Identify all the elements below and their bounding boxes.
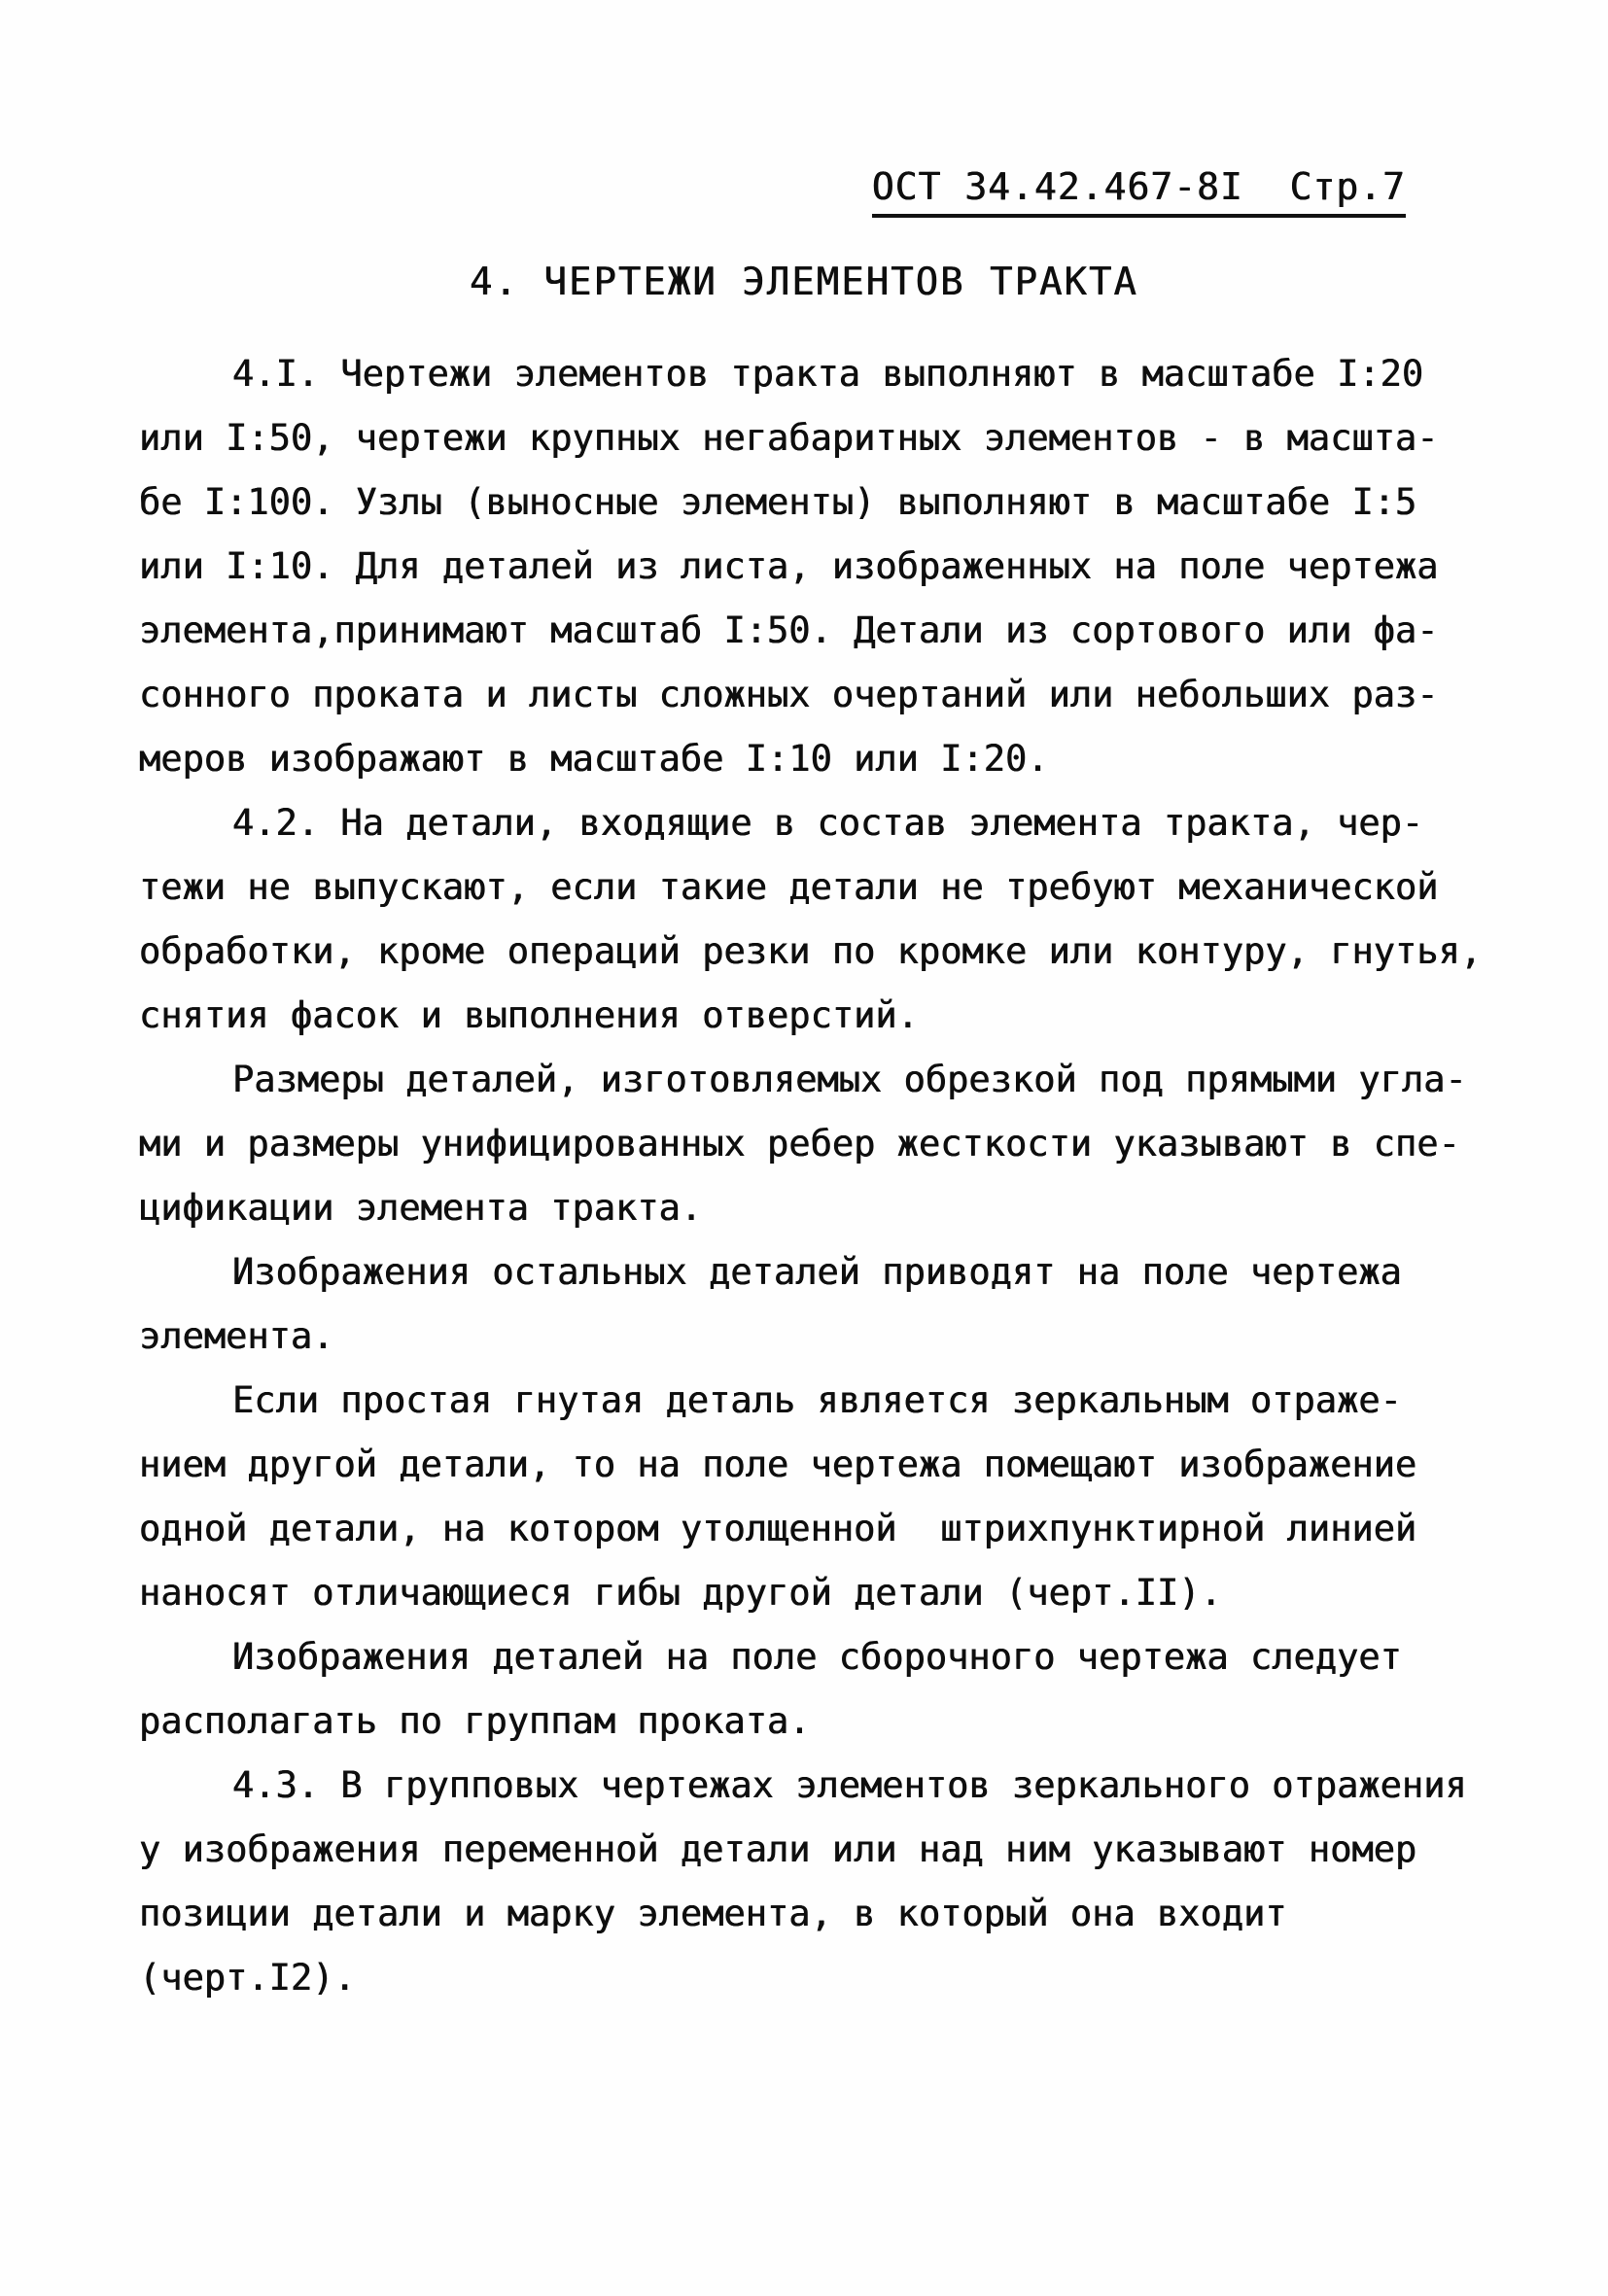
text-line: или I:10. Для деталей из листа, изображе… <box>139 535 1476 599</box>
text-line: 4.2. На детали, входящие в состав элемен… <box>139 791 1476 855</box>
text-line: элемента. <box>139 1305 1476 1369</box>
text-line: одной детали, на котором утолщенной штри… <box>139 1497 1476 1561</box>
text-line: 4.3. В групповых чертежах элементов зерк… <box>139 1754 1476 1818</box>
text-line: обработки, кроме операций резки по кромк… <box>139 920 1476 984</box>
text-line: цификации элемента тракта. <box>139 1176 1476 1240</box>
text-line: наносят отличающиеся гибы другой детали … <box>139 1561 1476 1625</box>
text-line: элемента,принимают масштаб I:50. Детали … <box>139 599 1476 663</box>
section-title: 4. ЧЕРТЕЖИ ЭЛЕМЕНТОВ ТРАКТА <box>0 261 1608 304</box>
document-number-and-page: ОСТ 34.42.467-8I Стр.7 <box>872 163 1406 218</box>
text-line: Если простая гнутая деталь является зерк… <box>139 1369 1476 1433</box>
text-line: бе I:100. Узлы (выносные элементы) выпол… <box>139 470 1476 535</box>
text-line: ми и размеры унифицированных ребер жестк… <box>139 1112 1476 1176</box>
text-line: Размеры деталей, изготовляемых обрезкой … <box>139 1048 1476 1112</box>
text-line: Изображения остальных деталей приводят н… <box>139 1240 1476 1305</box>
text-line: Изображения деталей на поле сборочного ч… <box>139 1625 1476 1689</box>
text-line: у изображения переменной детали или над … <box>139 1818 1476 1882</box>
text-line: позиции детали и марку элемента, в котор… <box>139 1882 1476 1946</box>
text-line: или I:50, чертежи крупных негабаритных э… <box>139 406 1476 470</box>
text-line: 4.I. Чертежи элементов тракта выполняют … <box>139 342 1476 406</box>
text-line: тежи не выпускают, если такие детали не … <box>139 855 1476 920</box>
text-line: меров изображают в масштабе I:10 или I:2… <box>139 727 1476 791</box>
text-line: нием другой детали, то на поле чертежа п… <box>139 1433 1476 1497</box>
text-line: сонного проката и листы сложных очертани… <box>139 663 1476 727</box>
scanned-document-page: ОСТ 34.42.467-8I Стр.7 4. ЧЕРТЕЖИ ЭЛЕМЕН… <box>0 0 1608 2296</box>
document-body: 4.I. Чертежи элементов тракта выполняют … <box>139 342 1476 2010</box>
text-line: снятия фасок и выполнения отверстий. <box>139 984 1476 1048</box>
text-line: располагать по группам проката. <box>139 1689 1476 1754</box>
text-line: (черт.I2). <box>139 1946 1476 2010</box>
